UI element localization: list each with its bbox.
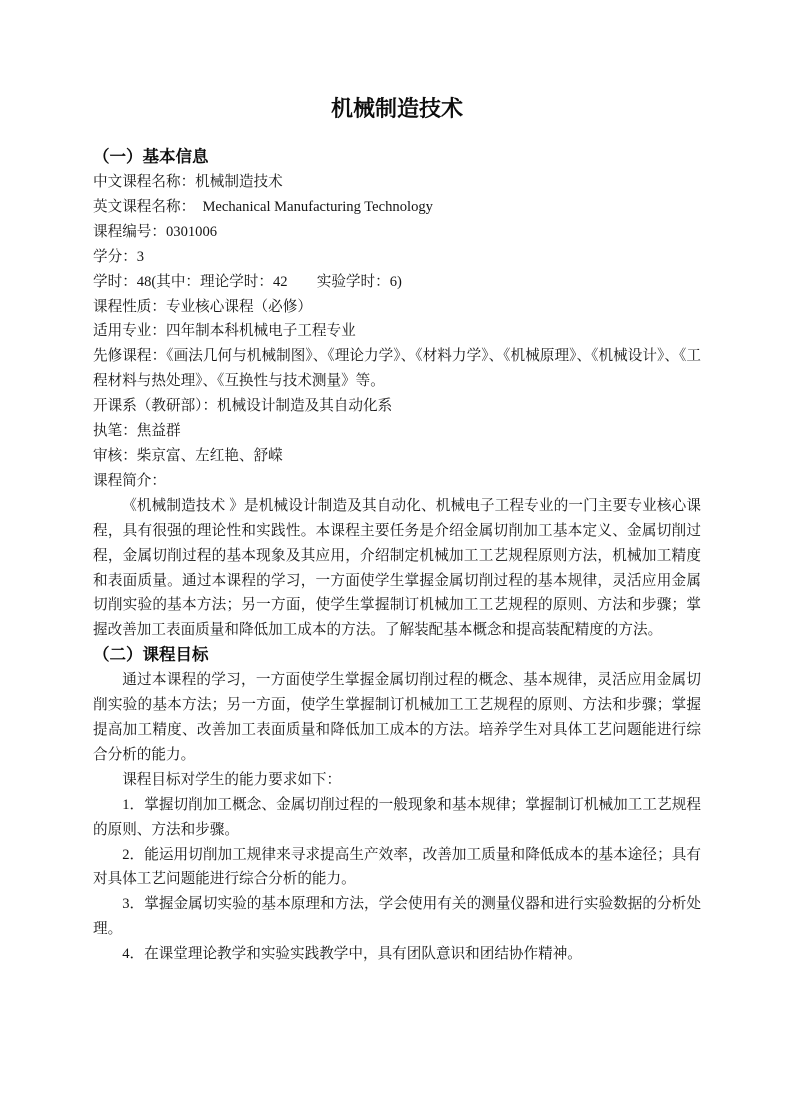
document-title: 机械制造技术 [93,93,701,124]
info-line-class-hours: 学时：48(其中：理论学时：42 实验学时：6) [93,270,701,295]
info-line-offering-department: 开课系（教研部）：机械设计制造及其自动化系 [93,394,701,419]
document-page: 机械制造技术 （一）基本信息 中文课程名称：机械制造技术 英文课程名称： Mec… [0,0,794,1108]
info-line-chinese-course-name: 中文课程名称：机械制造技术 [93,170,701,195]
info-line-course-intro-label: 课程简介： [93,469,701,494]
info-line-reviewers: 审核：柴京富、左红艳、舒嵘 [93,444,701,469]
objective-item-1: 1．掌握切削加工概念、金属切削过程的一般现象和基本规律；掌握制订机械加工工艺规程… [93,793,701,843]
info-line-course-code: 课程编号：0301006 [93,220,701,245]
section-heading-course-objectives: （二）课程目标 [93,643,701,668]
objective-item-3: 3．掌握金属切实验的基本原理和方法，学会使用有关的测量仪器和进行实验数据的分析处… [93,892,701,942]
objectives-paragraph: 通过本课程的学习，一方面使学生掌握金属切削过程的概念、基本规律，灵活应用金属切削… [93,668,701,768]
info-line-credits: 学分：3 [93,245,701,270]
info-line-course-type: 课程性质：专业核心课程（必修） [93,295,701,320]
info-line-english-course-name: 英文课程名称： Mechanical Manufacturing Technol… [93,195,701,220]
course-intro-paragraph: 《机械制造技术 》是机械设计制造及其自动化、机械电子工程专业的一门主要专业核心课… [93,494,701,643]
document-content: 机械制造技术 （一）基本信息 中文课程名称：机械制造技术 英文课程名称： Mec… [93,0,701,967]
objective-item-2: 2．能运用切削加工规律来寻求提高生产效率，改善加工质量和降低成本的基本途径；具有… [93,843,701,893]
objectives-requirements-intro: 课程目标对学生的能力要求如下： [93,768,701,793]
info-line-prerequisite-courses: 先修课程：《画法几何与机械制图》、《理论力学》、《材料力学》、《机械原理》、《机… [93,344,701,394]
info-line-applicable-major: 适用专业：四年制本科机械电子工程专业 [93,319,701,344]
section-heading-basic-info: （一）基本信息 [93,145,701,170]
info-line-author: 执笔：焦益群 [93,419,701,444]
objective-item-4: 4．在课堂理论教学和实验实践教学中，具有团队意识和团结协作精神。 [93,942,701,967]
